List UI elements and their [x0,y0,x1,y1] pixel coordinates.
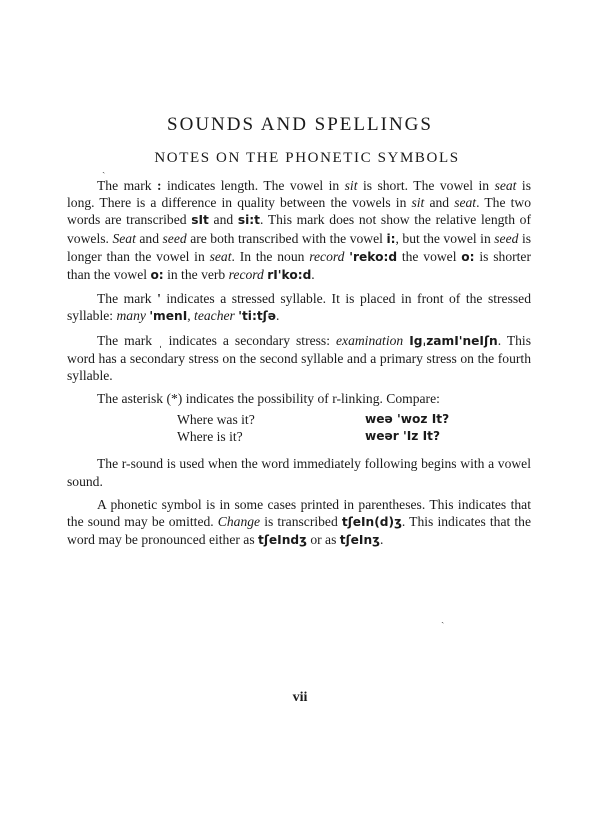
text: The r-sound is used when the word immedi… [67,456,531,488]
phonetic-transcription: tʃeIn(d)ʒ [342,515,402,529]
comparison-phonetic: weə 'woz It? [365,411,531,428]
phonetic-transcription: tʃeInʒ [340,533,380,547]
phonetic-transcription: o: [461,250,474,264]
comparison-english: Where is it? [177,428,365,445]
example-word: examination [336,333,403,348]
example-word: seed [163,231,187,246]
text: . [380,532,383,547]
phonetic-transcription: sIt [191,213,209,227]
page-title: SOUNDS AND SPELLINGS [0,114,600,136]
paragraph-stress: The mark ' indicates a stressed syllable… [67,290,531,325]
text: and [136,231,163,246]
example-word: record [309,249,344,264]
text: The mark [97,333,158,348]
example-word: record [229,267,264,282]
text: . [311,267,314,282]
phonetic-transcription: 'menI [149,309,187,323]
phonetic-transcription: i: [386,232,395,246]
example-word: Change [218,514,260,529]
phonetic-transcription: tʃeIndʒ [258,533,307,547]
phonetic-transcription: rI'ko:d [267,268,311,282]
text: The mark [97,291,157,306]
example-word: seat [210,249,232,264]
paragraph-parentheses: A phonetic symbol is in some cases print… [67,496,531,550]
text: and [209,212,238,227]
comparison-phonetic: weər 'Iz It? [365,428,531,445]
text: . In the noun [231,249,309,264]
text: is short. The vowel in [357,178,494,193]
text: The mark [97,178,157,193]
body-text: The mark : indicates length. The vowel i… [67,177,531,549]
example-word: teacher [194,308,235,323]
paragraph-asterisk: The asterisk (*) indicates the possibili… [67,390,531,407]
example-word: many [116,308,145,323]
paragraph-r-sound: The r-sound is used when the word immedi… [67,455,531,489]
text: indicates length. The vowel in [162,178,345,193]
example-word: Seat [112,231,135,246]
phonetic-transcription: o: [150,268,163,282]
text: the vowel [397,249,461,264]
section-subtitle: NOTES ON THE PHONETIC SYMBOLS [0,150,600,167]
phonetic-transcription: IgˌzamI'neIʃn [409,334,497,348]
stray-mark: ˏ [441,613,444,624]
page-number: vii [0,690,600,706]
text: and [424,195,454,210]
text: indicates a secondary stress: [163,333,336,348]
text: in the verb [164,267,229,282]
stray-mark: ˏ [102,163,105,174]
text: are both transcribed with the vowel [187,231,387,246]
text: or as [307,532,340,547]
example-word: sit [345,178,358,193]
comparison-table: Where was it? weə 'woz It? Where is it? … [177,411,531,445]
example-word: seat [454,195,476,210]
phonetic-transcription: 'ti:tʃə [238,309,276,323]
text: . [276,308,279,323]
phonetic-transcription: 'reko:d [349,250,397,264]
example-word: seed [494,231,518,246]
text: is transcribed [260,514,342,529]
comparison-english: Where was it? [177,411,365,428]
phonetic-transcription: si:t [238,213,260,227]
text: The asterisk (*) indicates the possibili… [97,391,440,406]
example-word: seat [495,178,517,193]
example-word: sit [411,195,424,210]
paragraph-length: The mark : indicates length. The vowel i… [67,177,531,284]
paragraph-secondary-stress: The mark ˌ indicates a secondary stress:… [67,332,531,385]
text: , but the vowel in [396,231,495,246]
